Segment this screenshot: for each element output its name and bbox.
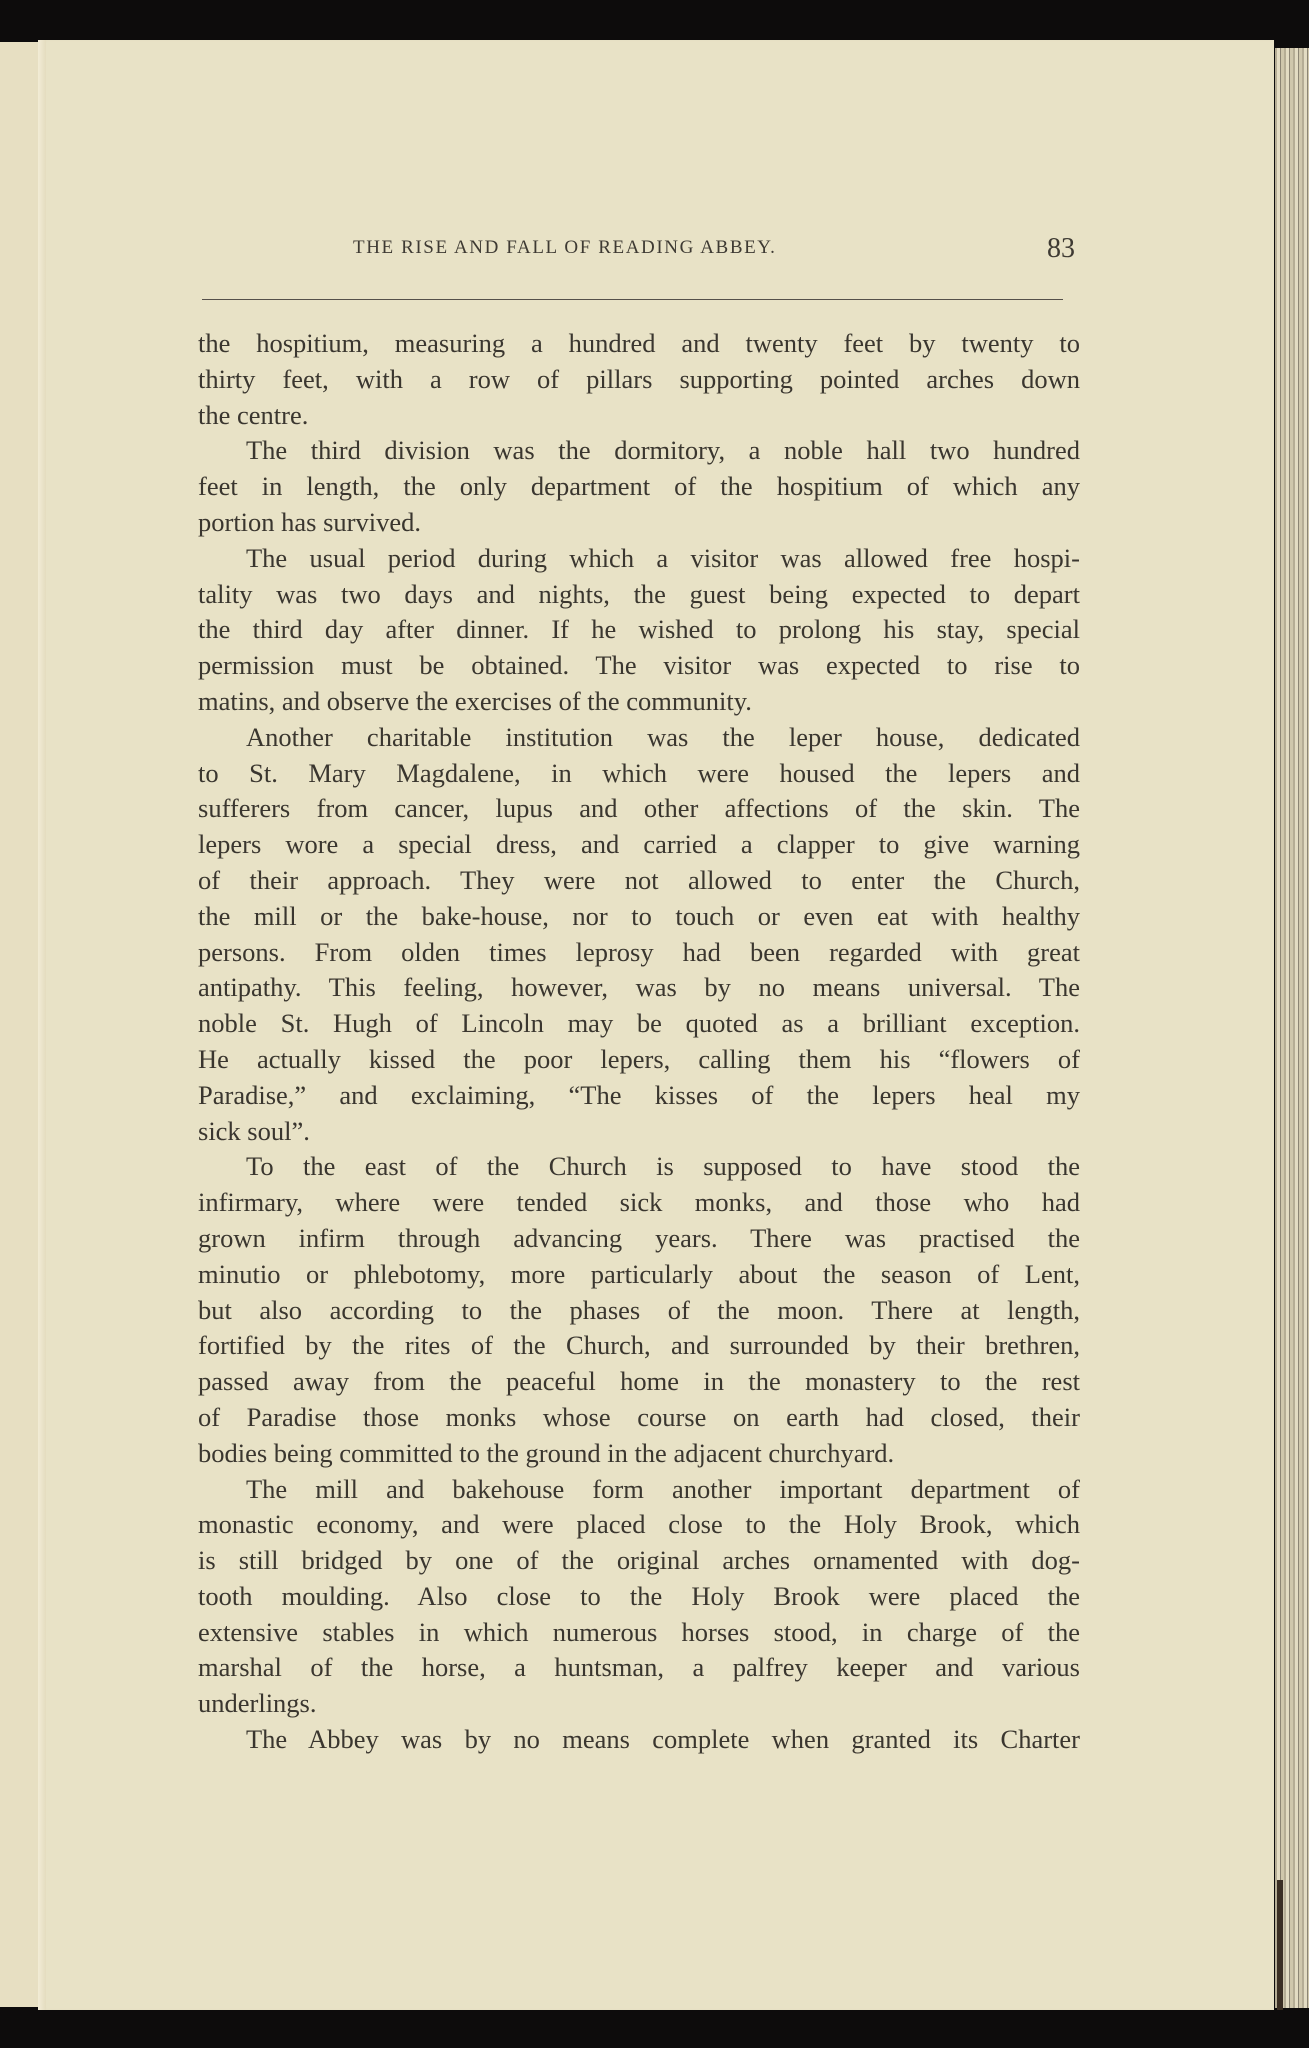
paragraph: The Abbey was by no means complete when … (198, 1722, 1080, 1758)
text-line: Another charitable institution was the l… (198, 720, 1080, 756)
text-line: noble St. Hugh of Lincoln may be quoted … (198, 1006, 1080, 1042)
text-line: The third division was the dormitory, a … (198, 433, 1080, 469)
text-line: underlings. (198, 1686, 1080, 1722)
text-line: extensive stables in which numerous hors… (198, 1615, 1080, 1651)
text-line: the mill or the bake-house, nor to touch… (198, 899, 1080, 935)
text-line: feet in length, the only department of t… (198, 469, 1080, 505)
text-line: matins, and observe the exercises of the… (198, 684, 1080, 720)
text-line: the third day after dinner. If he wished… (198, 612, 1080, 648)
text-line: tooth moulding. Also close to the Holy B… (198, 1579, 1080, 1615)
paragraph: The usual period during which a visitor … (198, 541, 1080, 720)
text-line: lepers wore a special dress, and carried… (198, 827, 1080, 863)
text-line: the centre. (198, 398, 1080, 434)
facing-page-edge (0, 42, 41, 2007)
page-stack-edge (1275, 48, 1309, 2008)
text-line: to St. Mary Magdalene, in which were hou… (198, 756, 1080, 792)
paragraph: the hospitium, measuring a hundred and t… (198, 326, 1080, 433)
text-line: To the east of the Church is supposed to… (198, 1149, 1080, 1185)
text-line: passed away from the peaceful home in th… (198, 1364, 1080, 1400)
paragraph: The third division was the dormitory, a … (198, 433, 1080, 540)
text-line: minutio or phlebotomy, more particularly… (198, 1257, 1080, 1293)
running-head: THE RISE AND FALL OF READING ABBEY. 83 (235, 237, 1075, 277)
text-line: He actually kissed the poor lepers, call… (198, 1042, 1080, 1078)
text-line: of Paradise those monks whose course on … (198, 1400, 1080, 1436)
text-line: infirmary, where were tended sick monks,… (198, 1185, 1080, 1221)
text-line: of their approach. They were not allowed… (198, 863, 1080, 899)
running-head-title: THE RISE AND FALL OF READING ABBEY. (353, 237, 777, 259)
text-line: monastic economy, and were placed close … (198, 1507, 1080, 1543)
header-rule (202, 299, 1063, 300)
text-line: grown infirm through advancing years. Th… (198, 1221, 1080, 1257)
text-line: tality was two days and nights, the gues… (198, 577, 1080, 613)
text-line: persons. From olden times leprosy had be… (198, 935, 1080, 971)
text-line: but also according to the phases of the … (198, 1293, 1080, 1329)
text-line: sick soul”. (198, 1114, 1080, 1150)
text-line: portion has survived. (198, 505, 1080, 541)
text-line: The mill and bakehouse form another impo… (198, 1472, 1080, 1508)
paragraph: To the east of the Church is supposed to… (198, 1149, 1080, 1471)
text-line: bodies being committed to the ground in … (198, 1436, 1080, 1472)
page-stack-shadow (1277, 1880, 1283, 2010)
text-line: the hospitium, measuring a hundred and t… (198, 326, 1080, 362)
text-line: fortified by the rites of the Church, an… (198, 1328, 1080, 1364)
paragraph: The mill and bakehouse form another impo… (198, 1472, 1080, 1723)
body-text: the hospitium, measuring a hundred and t… (198, 326, 1080, 1758)
text-line: antipathy. This feeling, however, was by… (198, 970, 1080, 1006)
text-line: Paradise,” and exclaiming, “The kisses o… (198, 1078, 1080, 1114)
text-line: marshal of the horse, a huntsman, a palf… (198, 1650, 1080, 1686)
text-line: is still bridged by one of the original … (198, 1543, 1080, 1579)
text-line: The Abbey was by no means complete when … (198, 1722, 1080, 1758)
text-line: thirty feet, with a row of pillars suppo… (198, 362, 1080, 398)
text-line: sufferers from cancer, lupus and other a… (198, 791, 1080, 827)
text-line: permission must be obtained. The visitor… (198, 648, 1080, 684)
page-number: 83 (1047, 233, 1075, 265)
paragraph: Another charitable institution was the l… (198, 720, 1080, 1150)
text-line: The usual period during which a visitor … (198, 541, 1080, 577)
page-gutter (38, 40, 46, 2010)
